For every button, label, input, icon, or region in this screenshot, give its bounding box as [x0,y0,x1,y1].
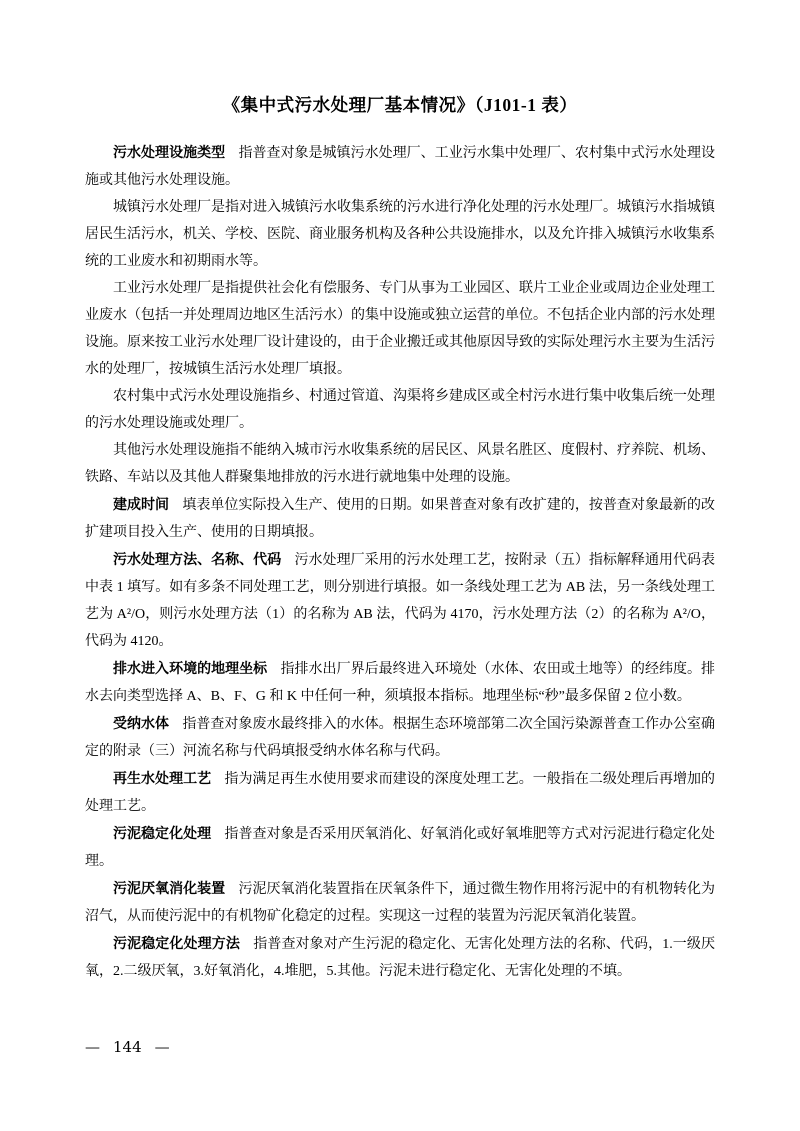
paragraph-text: 指普查对象废水最终排入的水体。根据生态环境部第二次全国污染源普查工作办公室确定的… [85,717,715,759]
term-treatment-method: 污水处理方法、名称、代码 [113,551,281,567]
term-stabilization-method: 污泥稳定化处理方法 [113,935,240,951]
paragraph-discharge-coordinates: 排水进入环境的地理坐标指排水出厂界后最终进入环境处（水体、农田或土地等）的经纬度… [85,655,715,710]
paragraph-facility-type: 污水处理设施类型指普查对象是城镇污水处理厂、工业污水集中处理厂、农村集中式污水处… [85,139,715,194]
term-discharge-coordinates: 排水进入环境的地理坐标 [113,660,267,676]
footer-dash-left: — [85,1038,100,1056]
paragraph-treatment-method: 污水处理方法、名称、代码污水处理厂采用的污水处理工艺，按附录（五）指标解释通用代… [85,546,715,655]
paragraph-text: 工业污水处理厂是指提供社会化有偿服务、专门从事为工业园区、联片工业企业或周边企业… [85,281,715,377]
paragraph-reclaimed-water: 再生水处理工艺指为满足再生水使用要求而建设的深度处理工艺。一般指在二级处理后再增… [85,765,715,820]
term-reclaimed-water: 再生水处理工艺 [113,770,211,786]
paragraph-text: 其他污水处理设施指不能纳入城市污水收集系统的居民区、风景名胜区、度假村、疗养院、… [85,443,715,485]
document-body: 污水处理设施类型指普查对象是城镇污水处理厂、工业污水集中处理厂、农村集中式污水处… [85,139,715,985]
paragraph-sludge-stabilization: 污泥稳定化处理指普查对象是否采用厌氧消化、好氧消化或好氧堆肥等方式对污泥进行稳定… [85,820,715,875]
paragraph-rural-facility: 农村集中式污水处理设施指乡、村通过管道、沟渠将乡建成区或全村污水进行集中收集后统… [85,383,715,437]
paragraph-text: 农村集中式污水处理设施指乡、村通过管道、沟渠将乡建成区或全村污水进行集中收集后统… [85,389,715,431]
paragraph-text: 填表单位实际投入生产、使用的日期。如果普查对象有改扩建的，按普查对象最新的改扩建… [85,498,715,540]
term-anaerobic-digester: 污泥厌氧消化装置 [113,880,225,896]
page-number: 144 [113,1038,142,1056]
paragraph-urban-plant: 城镇污水处理厂是指对进入城镇污水收集系统的污水进行净化处理的污水处理厂。城镇污水… [85,194,715,275]
paragraph-text: 污水处理厂采用的污水处理工艺，按附录（五）指标解释通用代码表中表 1 填写。如有… [85,553,715,649]
paragraph-completion-date: 建成时间填表单位实际投入生产、使用的日期。如果普查对象有改扩建的，按普查对象最新… [85,491,715,546]
paragraph-receiving-water: 受纳水体指普查对象废水最终排入的水体。根据生态环境部第二次全国污染源普查工作办公… [85,710,715,765]
paragraph-text: 城镇污水处理厂是指对进入城镇污水收集系统的污水进行净化处理的污水处理厂。城镇污水… [85,200,715,269]
paragraph-industrial-plant: 工业污水处理厂是指提供社会化有偿服务、专门从事为工业园区、联片工业企业或周边企业… [85,275,715,383]
term-sludge-stabilization: 污泥稳定化处理 [113,825,211,841]
term-receiving-water: 受纳水体 [113,715,169,731]
paragraph-other-facility: 其他污水处理设施指不能纳入城市污水收集系统的居民区、风景名胜区、度假村、疗养院、… [85,437,715,491]
page-footer: — 144 — [85,1038,170,1056]
page-title: 《集中式污水处理厂基本情况》（J101-1 表） [0,92,800,117]
footer-dash-right: — [155,1038,170,1056]
term-facility-type: 污水处理设施类型 [113,144,225,160]
paragraph-stabilization-method: 污泥稳定化处理方法指普查对象对产生污泥的稳定化、无害化处理方法的名称、代码，1.… [85,930,715,985]
document-page: 《集中式污水处理厂基本情况》（J101-1 表） 污水处理设施类型指普查对象是城… [0,0,800,1131]
paragraph-anaerobic-digester: 污泥厌氧消化装置污泥厌氧消化装置指在厌氧条件下，通过微生物作用将污泥中的有机物转… [85,875,715,930]
term-completion-date: 建成时间 [113,496,169,512]
